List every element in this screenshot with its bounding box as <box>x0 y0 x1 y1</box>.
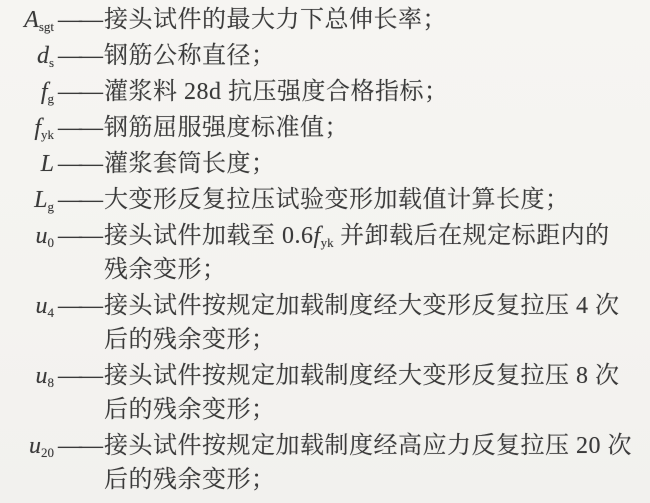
definition-text: 接头试件按规定加载制度经大变形反复拉压 8 次后的残余变形； <box>104 359 634 427</box>
definition-dash: —— <box>54 429 104 463</box>
symbol-label: ds <box>6 39 54 73</box>
definition-text: 灌浆料 28d 抗压强度合格指标； <box>104 75 634 109</box>
definition-dash: —— <box>54 3 104 37</box>
symbol-label: fyk <box>6 111 54 145</box>
definition-dash: —— <box>54 39 104 73</box>
definition-dash: —— <box>54 219 104 253</box>
definition-text: 大变形反复拉压试验变形加载值计算长度； <box>104 183 634 217</box>
definition-text: 灌浆套筒长度； <box>104 147 634 181</box>
definition-text: 钢筋屈服强度标准值； <box>104 111 634 145</box>
symbol-definition-row: fyk —— 钢筋屈服强度标准值； <box>6 111 634 145</box>
symbol-label: u4 <box>6 289 54 323</box>
symbol-definition-row: Lg —— 大变形反复拉压试验变形加载值计算长度； <box>6 183 634 217</box>
definition-text: 接头试件按规定加载制度经大变形反复拉压 4 次后的残余变形； <box>104 289 634 357</box>
definition-text: 接头试件按规定加载制度经高应力反复拉压 20 次后的残余变形； <box>104 429 634 497</box>
definition-dash: —— <box>54 111 104 145</box>
document-page: Asgt —— 接头试件的最大力下总伸长率； ds —— 钢筋公称直径； fg … <box>0 0 650 503</box>
definition-dash: —— <box>54 289 104 323</box>
definition-dash: —— <box>54 147 104 181</box>
definition-dash: —— <box>54 75 104 109</box>
symbol-label: L <box>6 147 54 181</box>
inline-math-symbol: f <box>314 223 321 249</box>
symbol-definition-row: L —— 灌浆套筒长度； <box>6 147 634 181</box>
definition-text: 接头试件的最大力下总伸长率； <box>104 3 634 37</box>
definition-dash: —— <box>54 183 104 217</box>
symbol-label: Lg <box>6 183 54 217</box>
symbol-definition-row: u0 —— 接头试件加载至 0.6fyk 并卸载后在规定标距内的残余变形； <box>6 219 634 287</box>
symbol-definition-row: u20 —— 接头试件按规定加载制度经高应力反复拉压 20 次后的残余变形； <box>6 429 634 497</box>
symbol-definition-row: ds —— 钢筋公称直径； <box>6 39 634 73</box>
symbol-label: u8 <box>6 359 54 393</box>
symbol-label: u0 <box>6 219 54 253</box>
symbol-definition-row: Asgt —— 接头试件的最大力下总伸长率； <box>6 3 634 37</box>
definition-dash: —— <box>54 359 104 393</box>
symbol-label: fg <box>6 75 54 109</box>
definition-text: 钢筋公称直径； <box>104 39 634 73</box>
definition-text: 接头试件加载至 0.6fyk 并卸载后在规定标距内的残余变形； <box>104 219 634 287</box>
symbol-definition-row: fg —— 灌浆料 28d 抗压强度合格指标； <box>6 75 634 109</box>
symbol-definition-row: u4 —— 接头试件按规定加载制度经大变形反复拉压 4 次后的残余变形； <box>6 289 634 357</box>
symbol-definition-row: u8 —— 接头试件按规定加载制度经大变形反复拉压 8 次后的残余变形； <box>6 359 634 427</box>
symbol-label: u20 <box>6 429 54 463</box>
symbol-label: Asgt <box>6 3 54 37</box>
